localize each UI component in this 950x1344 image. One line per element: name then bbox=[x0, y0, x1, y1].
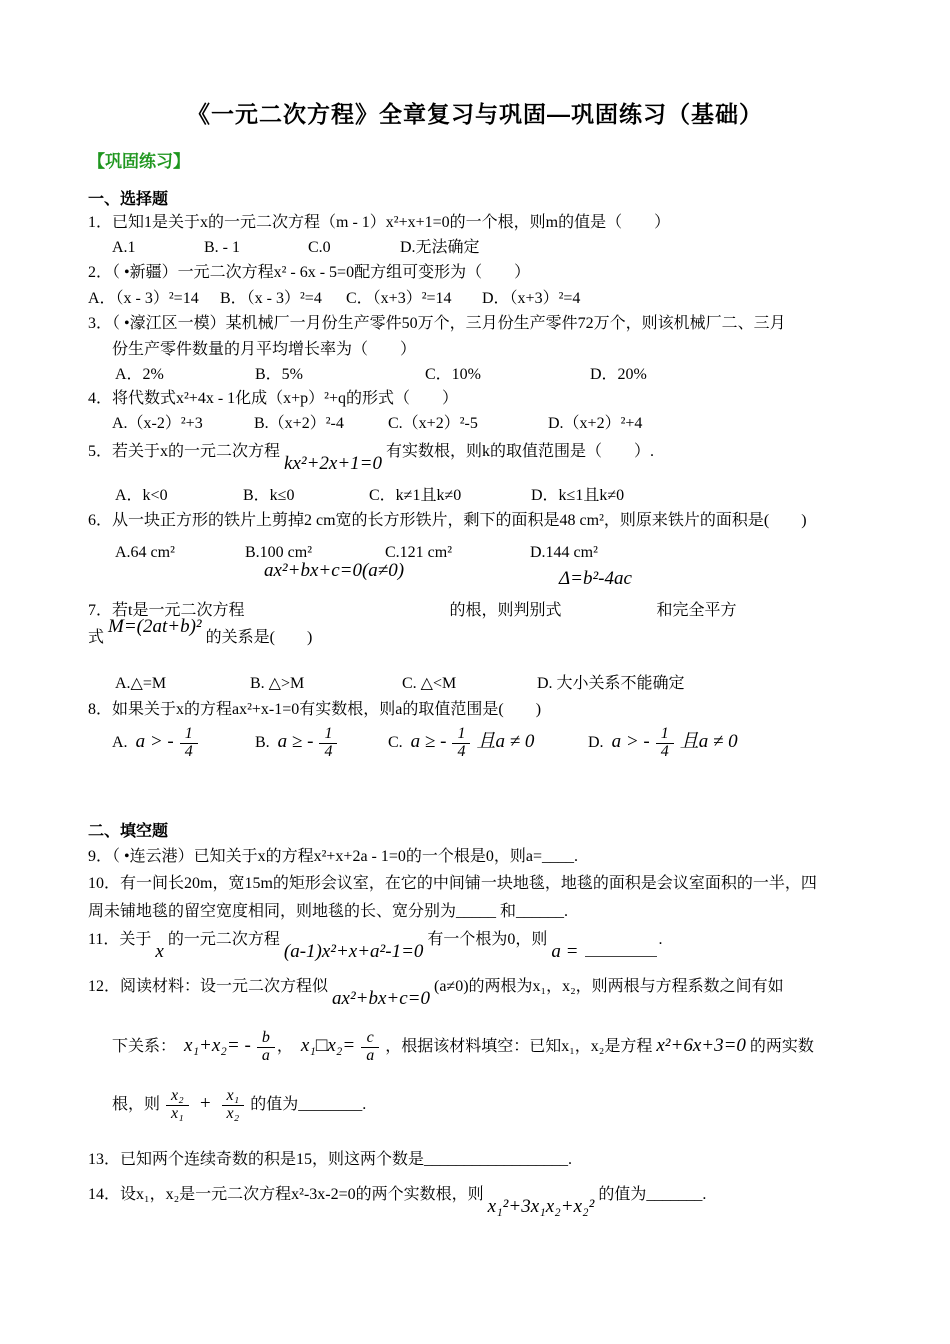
option-suffix bbox=[200, 731, 208, 752]
fraction-numerator: 1 bbox=[656, 726, 674, 744]
heading-choice-section: 一、选择题 bbox=[88, 188, 168, 211]
question-3-line2: 份生产零件数量的月平均增长率为（ ） bbox=[112, 338, 416, 361]
option-suffix bbox=[339, 731, 347, 752]
fraction: ca bbox=[361, 1030, 379, 1065]
question-5-formula: kx²+2x+1=0 bbox=[280, 453, 386, 474]
heading-fill-section: 二、填空题 bbox=[88, 820, 168, 843]
question-12-formula: ax²+bx+c=0 bbox=[328, 988, 434, 1009]
option-d: D. 大小关系不能确定 bbox=[537, 672, 685, 695]
option-b: B. - 1 bbox=[204, 236, 308, 259]
answer-blank bbox=[585, 941, 657, 957]
question-3-text-cont: 份生产零件数量的月平均增长率为（ ） bbox=[112, 341, 416, 358]
option-a: A. a > -14 bbox=[112, 726, 255, 761]
fraction-denominator: a bbox=[257, 1048, 275, 1065]
question-2: 2．（ •新疆）一元二次方程x² - 6x - 5=0配方组可变形为（ ） bbox=[88, 261, 530, 284]
question-14-post: 的值为_______. bbox=[598, 1186, 706, 1203]
option-b: B．k≤0 bbox=[243, 484, 369, 507]
option-expression: a ≥ - bbox=[407, 731, 451, 752]
option-c: C. △<M bbox=[402, 672, 537, 695]
question-11-post: 有一个根为0，则 bbox=[427, 931, 547, 948]
question-12-pre: 12．阅读材料：设一元二次方程似 bbox=[88, 978, 328, 995]
option-d: D. a > -14且a ≠ 0 bbox=[588, 726, 742, 761]
option-d: D．k≤1且k≠0 bbox=[531, 484, 624, 507]
option-b: B. △>M bbox=[250, 672, 402, 695]
question-12-equation: x²+6x+3=0 bbox=[652, 1035, 750, 1056]
question-2-options: A．（x - 3）²=14 B．（x - 3）²=4 C．（x+3）²=14 D… bbox=[88, 287, 580, 310]
option-a: A.（x-2）²+3 bbox=[112, 412, 254, 435]
option-c: C．（x+3）²=14 bbox=[346, 287, 482, 310]
question-7-options: A.△=M B. △>M C. △<M D. 大小关系不能确定 bbox=[115, 672, 685, 695]
option-d: D．20% bbox=[590, 363, 647, 386]
option-a: A．（x - 3）²=14 bbox=[88, 287, 220, 310]
option-b: B．（x - 3）²=4 bbox=[220, 287, 346, 310]
worksheet-page: 《一元二次方程》全章复习与巩固—巩固练习（基础） 【巩固练习】 一、选择题 1．… bbox=[0, 0, 950, 1344]
option-c: C．k≠1且k≠0 bbox=[369, 484, 531, 507]
option-label: B. bbox=[255, 734, 270, 751]
question-11-formula: (a-1)x²+x+a²-1=0 bbox=[280, 941, 428, 962]
fraction-numerator: 1 bbox=[319, 726, 337, 744]
question-7-formula-discriminant: Δ=b²-4ac bbox=[555, 568, 636, 590]
question-11-pre: 11．关于 bbox=[88, 931, 151, 948]
fraction: x₂x₁ bbox=[166, 1088, 189, 1123]
question-7-line2-pre: 式 bbox=[88, 629, 104, 646]
question-12-line3-post: 的值为________. bbox=[250, 1096, 366, 1113]
option-label: A. bbox=[112, 734, 128, 751]
question-14-pre: 14．设x₁，x₂是一元二次方程x²-3x-2=0的两个实数根，则 bbox=[88, 1186, 484, 1203]
question-6-text: 6．从一块正方形的铁片上剪掉2 cm宽的长方形铁片，剩下的面积是48 cm²，则… bbox=[88, 512, 807, 529]
question-8-text: 8．如果关于x的方程ax²+x-1=0有实数根，则a的取值范围是( ) bbox=[88, 701, 541, 718]
option-expression: a ≥ - bbox=[274, 731, 318, 752]
question-7-formula-m: M=(2at+b)² bbox=[104, 616, 206, 637]
question-13-text: 13．已知两个连续奇数的积是15，则这两个数是_________________… bbox=[88, 1151, 572, 1168]
fraction: 14 bbox=[180, 726, 198, 761]
question-7-formula-equation: ax²+bx+c=0(a≠0) bbox=[260, 560, 408, 582]
question-7-mid: 的根，则判别式 bbox=[449, 602, 561, 619]
question-13: 13．已知两个连续奇数的积是15，则这两个数是_________________… bbox=[88, 1148, 572, 1171]
question-11-mid: 的一元二次方程 bbox=[168, 931, 280, 948]
question-9-text: 9．（ •连云港）已知关于x的方程x²+x+2a - 1=0的一个根是0，则a=… bbox=[88, 848, 578, 865]
fraction-numerator: x₂ bbox=[166, 1088, 189, 1106]
option-a: A.1 bbox=[112, 236, 204, 259]
question-3-text: 3．（ •濠江区一模）某机械厂一月份生产零件50万个，三月份生产零件72万个，则… bbox=[88, 315, 786, 332]
question-12-mid: ，根据该材料填空：已知x₁，x₂是方程 bbox=[385, 1038, 652, 1055]
option-d: D.（x+2）²+4 bbox=[548, 412, 642, 435]
question-7-post: 和完全平方 bbox=[656, 602, 736, 619]
question-5: 5．若关于x的一元二次方程kx²+2x+1=0有实数根，则k的取值范围是（ ）. bbox=[88, 437, 654, 465]
question-5-options: A．k<0 B．k≤0 C．k≠1且k≠0 D．k≤1且k≠0 bbox=[115, 484, 624, 507]
option-b: B. a ≥ -14 bbox=[255, 726, 388, 761]
question-6: 6．从一块正方形的铁片上剪掉2 cm宽的长方形铁片，剩下的面积是48 cm²，则… bbox=[88, 509, 807, 532]
fraction-denominator: 4 bbox=[319, 744, 337, 761]
fraction: ba bbox=[257, 1030, 275, 1065]
fraction-denominator: 4 bbox=[180, 744, 198, 761]
section-tag: 【巩固练习】 bbox=[88, 150, 190, 175]
fraction-numerator: x₁ bbox=[222, 1088, 245, 1106]
option-a: A．k<0 bbox=[115, 484, 243, 507]
fraction-numerator: 1 bbox=[180, 726, 198, 744]
fraction: x₁x₂ bbox=[222, 1088, 245, 1123]
question-11-answer-lhs: a = bbox=[547, 941, 582, 962]
option-a: A．2% bbox=[115, 363, 255, 386]
page-title: 《一元二次方程》全章复习与巩固—巩固练习（基础） bbox=[0, 98, 950, 131]
option-c: C. a ≥ -14且a ≠ 0 bbox=[388, 726, 588, 761]
question-10-text: 10．有一间长20m，宽15m的矩形会议室，在它的中间铺一块地毯，地毯的面积是会… bbox=[88, 875, 817, 892]
question-5-pre: 5．若关于x的一元二次方程 bbox=[88, 443, 280, 460]
question-7: ax²+bx+c=0(a≠0) Δ=b²-4ac 7．若t是一元二次方程的根，则… bbox=[88, 560, 908, 660]
fraction: 14 bbox=[319, 726, 337, 761]
fraction-numerator: c bbox=[361, 1030, 379, 1048]
question-4: 4．将代数式x²+4x - 1化成（x+p）²+q的形式（ ） bbox=[88, 387, 458, 410]
question-12-line2: 下关系： x₁+x₂= -ba， x₁□x₂=ca ，根据该材料填空：已知x₁，… bbox=[112, 1030, 814, 1065]
option-a: A.△=M bbox=[115, 672, 250, 695]
question-12-line3-pre: 根，则 bbox=[112, 1096, 160, 1113]
fraction-denominator: 4 bbox=[452, 744, 470, 761]
question-8: 8．如果关于x的方程ax²+x-1=0有实数根，则a的取值范围是( ) bbox=[88, 698, 541, 721]
question-14: 14．设x₁，x₂是一元二次方程x²-3x-2=0的两个实数根，则x₁²+3x₁… bbox=[88, 1180, 706, 1208]
fraction-numerator: 1 bbox=[452, 726, 470, 744]
option-d: D．（x+3）²=4 bbox=[482, 287, 580, 310]
product-of-roots: x₁□x₂= bbox=[297, 1035, 359, 1056]
option-suffix: 且a ≠ 0 bbox=[676, 731, 742, 752]
option-expression: a > - bbox=[608, 731, 654, 752]
question-3-options: A．2% B．5% C．10% D．20% bbox=[115, 363, 647, 386]
question-1: 1．已知1是关于x的一元二次方程（m - 1）x²+x+1=0的一个根，则m的值… bbox=[88, 211, 670, 234]
question-7-line2: 式M=(2at+b)²的关系是( ) bbox=[88, 624, 312, 648]
option-label: D. bbox=[588, 734, 604, 751]
question-12-line2-post: 的两实数 bbox=[750, 1038, 814, 1055]
question-1-options: A.1 B. - 1 C.0 D.无法确定 bbox=[112, 236, 480, 259]
question-11-var: x bbox=[151, 941, 167, 962]
option-b: B．5% bbox=[255, 363, 425, 386]
question-10-line2: 周未铺地毯的留空宽度相同，则地毯的长、宽分别为_____ 和______. bbox=[88, 900, 568, 923]
option-d: D.无法确定 bbox=[400, 236, 480, 259]
question-2-text: 2．（ •新疆）一元二次方程x² - 6x - 5=0配方组可变形为（ ） bbox=[88, 264, 530, 281]
question-1-text: 1．已知1是关于x的一元二次方程（m - 1）x²+x+1=0的一个根，则m的值… bbox=[88, 214, 670, 231]
fraction-denominator: a bbox=[361, 1048, 379, 1065]
question-4-options: A.（x-2）²+3 B.（x+2）²-4 C.（x+2）²-5 D.（x+2）… bbox=[112, 412, 642, 435]
fraction: 14 bbox=[656, 726, 674, 761]
option-c: C.0 bbox=[308, 236, 400, 259]
separator: ， bbox=[277, 1038, 293, 1055]
fraction-denominator: x₂ bbox=[222, 1106, 245, 1123]
question-3-line1: 3．（ •濠江区一模）某机械厂一月份生产零件50万个，三月份生产零件72万个，则… bbox=[88, 312, 786, 335]
option-suffix: 且a ≠ 0 bbox=[472, 731, 538, 752]
fraction-numerator: b bbox=[257, 1030, 275, 1048]
question-5-post: 有实数根，则k的取值范围是（ ）. bbox=[386, 443, 654, 460]
question-11: 11．关于x的一元二次方程(a-1)x²+x+a²-1=0有一个根为0，则a =… bbox=[88, 925, 663, 953]
option-c: C．10% bbox=[425, 363, 590, 386]
fraction-denominator: 4 bbox=[656, 744, 674, 761]
question-10-line1: 10．有一间长20m，宽15m的矩形会议室，在它的中间铺一块地毯，地毯的面积是会… bbox=[88, 872, 817, 895]
question-12-line3: 根，则 x₂x₁ + x₁x₂ 的值为________. bbox=[112, 1088, 366, 1123]
fraction-denominator: x₁ bbox=[166, 1106, 189, 1123]
question-12-post: (a≠0)的两根为x₁，x₂，则两根与方程系数之间有如 bbox=[434, 978, 784, 995]
question-14-formula: x₁²+3x₁x₂+x₂² bbox=[484, 1196, 599, 1217]
question-12-line1: 12．阅读材料：设一元二次方程似ax²+bx+c=0(a≠0)的两根为x₁，x₂… bbox=[88, 972, 784, 1000]
question-9: 9．（ •连云港）已知关于x的方程x²+x+2a - 1=0的一个根是0，则a=… bbox=[88, 845, 578, 868]
option-b: B.（x+2）²-4 bbox=[254, 412, 388, 435]
option-expression: a > - bbox=[132, 731, 178, 752]
question-7-line2-post: 的关系是( ) bbox=[206, 629, 313, 646]
sum-of-roots: x₁+x₂= - bbox=[180, 1035, 255, 1056]
plus-sign: + bbox=[195, 1093, 216, 1114]
question-10-text-cont: 周未铺地毯的留空宽度相同，则地毯的长、宽分别为_____ 和______. bbox=[88, 903, 568, 920]
question-12-relations-label: 下关系： bbox=[112, 1038, 176, 1055]
question-11-dot: . bbox=[659, 931, 663, 948]
option-c: C.（x+2）²-5 bbox=[388, 412, 548, 435]
option-label: C. bbox=[388, 734, 403, 751]
fraction: 14 bbox=[452, 726, 470, 761]
question-4-text: 4．将代数式x²+4x - 1化成（x+p）²+q的形式（ ） bbox=[88, 390, 458, 407]
question-8-options: A. a > -14 B. a ≥ -14 C. a ≥ -14且a ≠ 0 D… bbox=[112, 726, 742, 761]
